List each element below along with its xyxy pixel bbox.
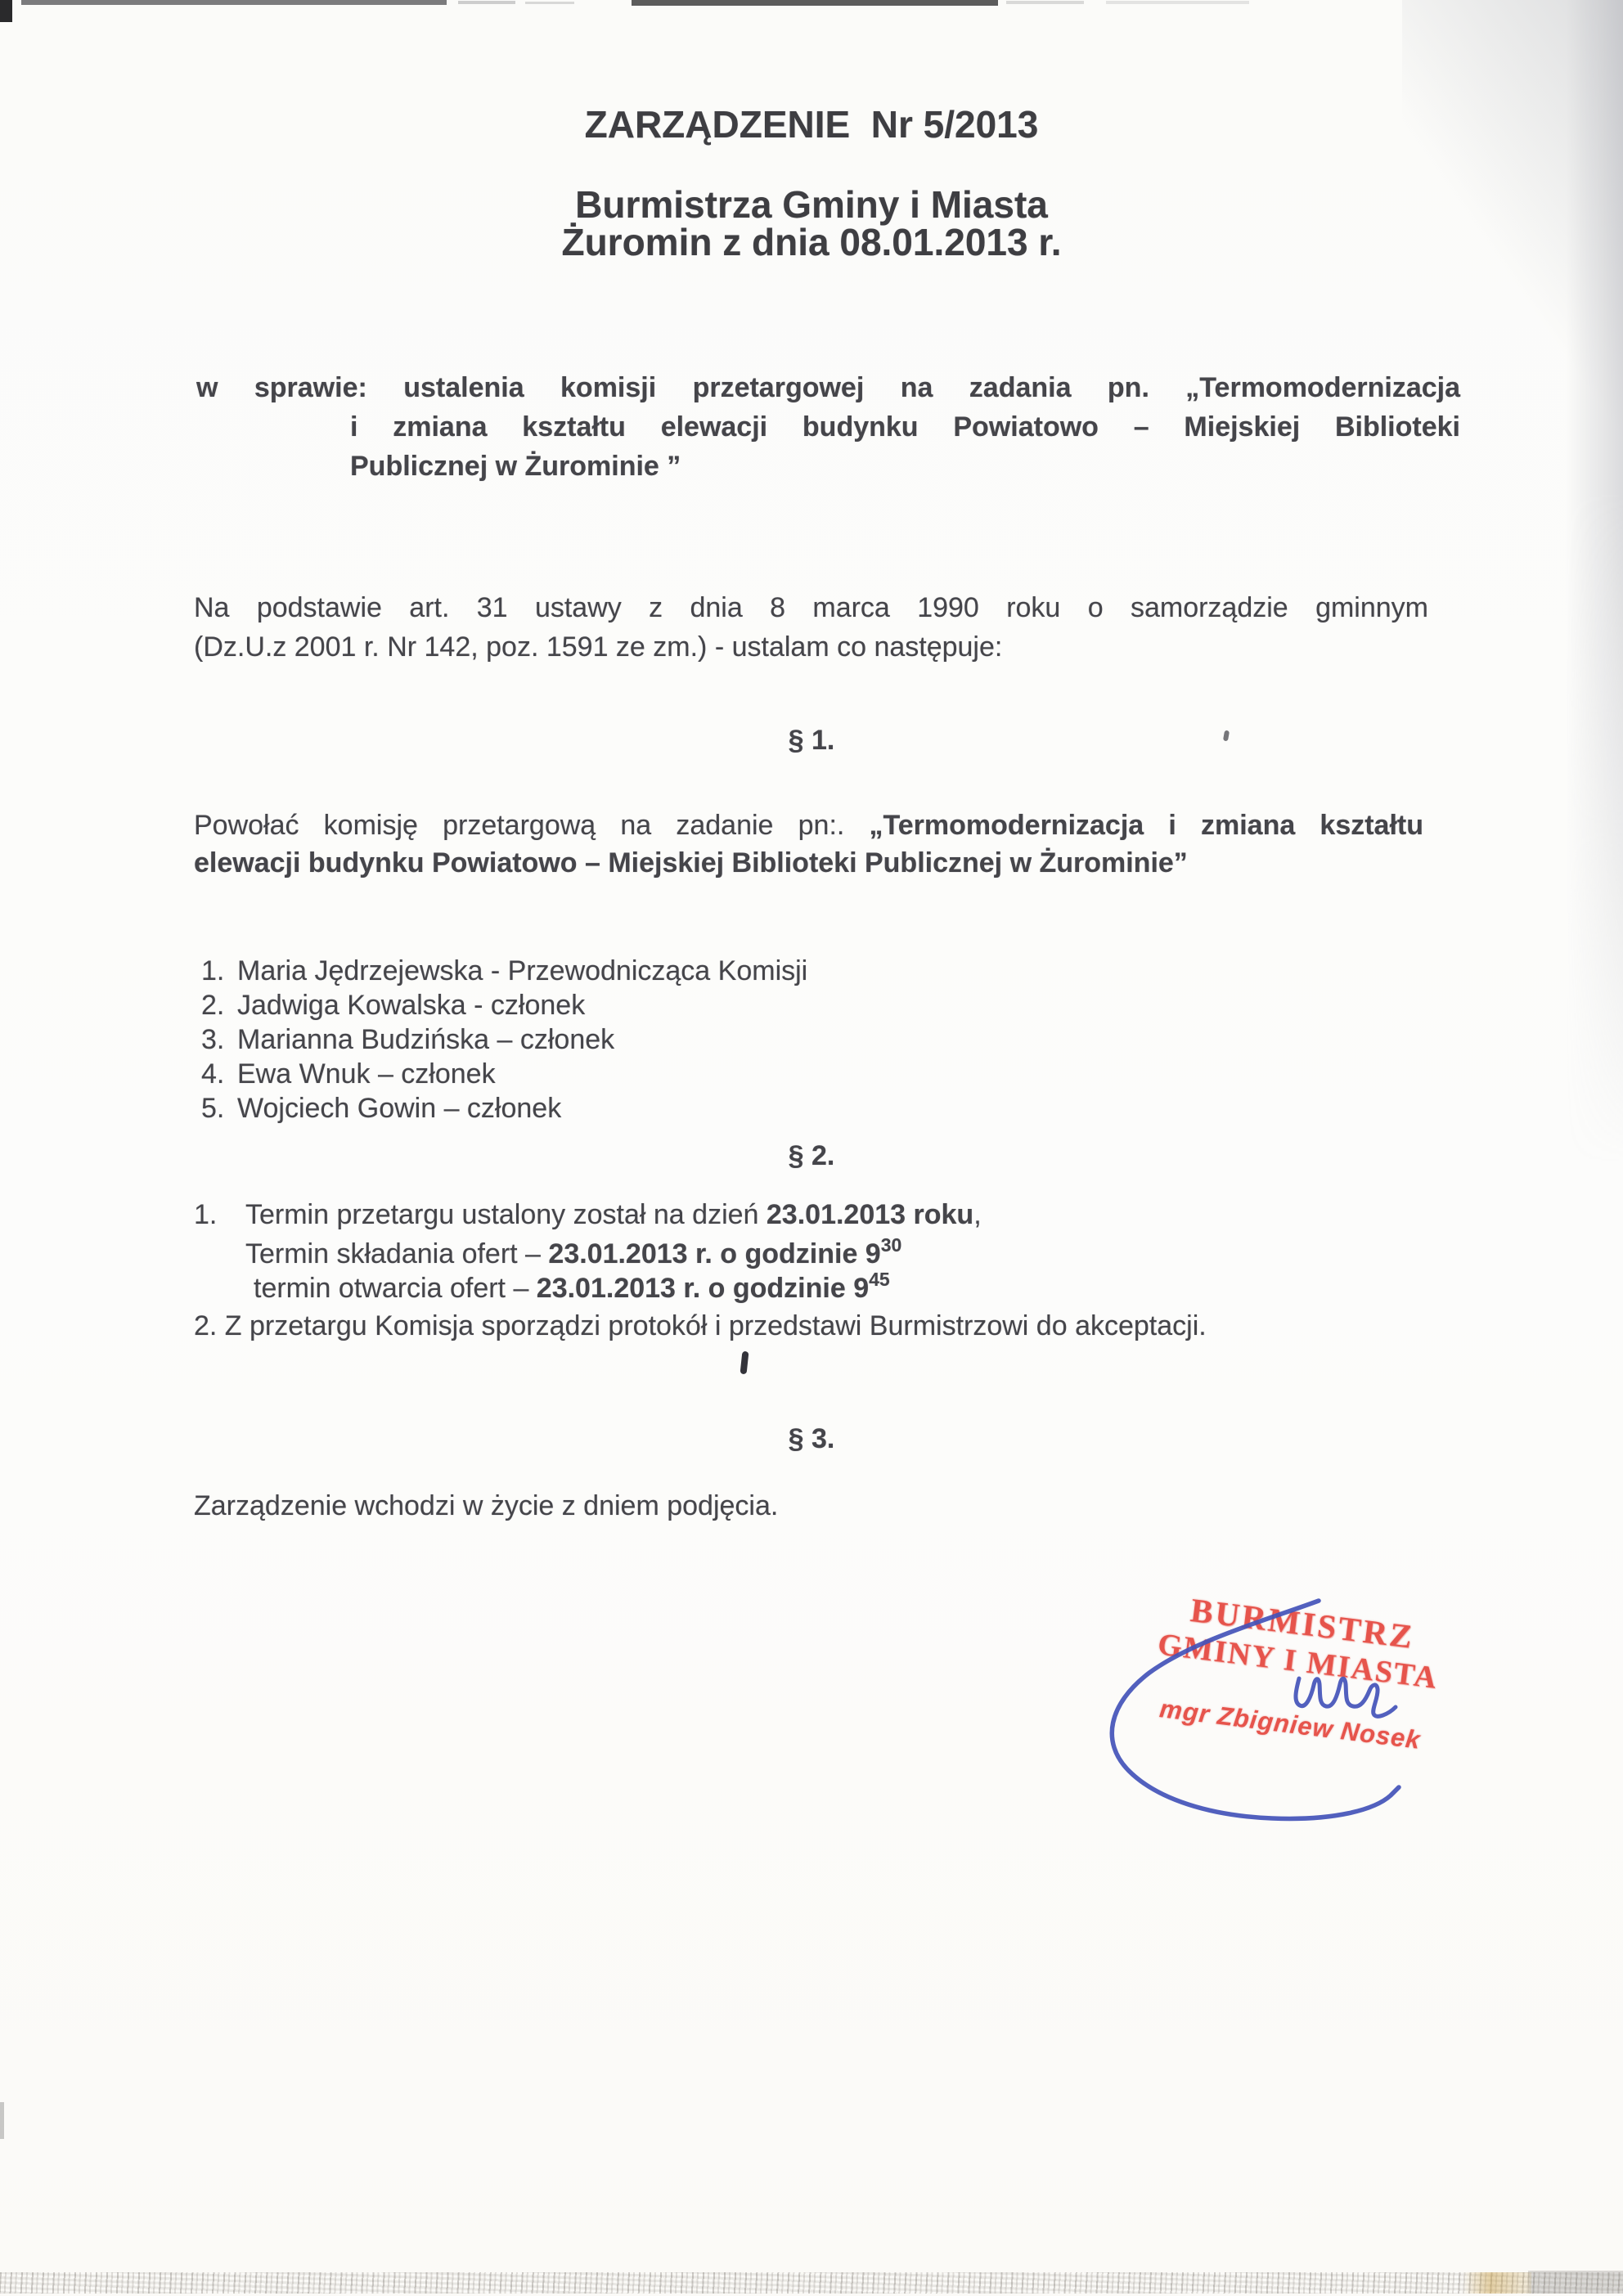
scan-artifact-topbar [525, 2, 574, 4]
signature-stroke [1063, 1550, 1489, 1877]
list-item-number: 1. [194, 1197, 245, 1232]
section2-item1-normal: Termin przetargu ustalony został na dzie… [245, 1199, 767, 1230]
list-item: 4.Ewa Wnuk – członek [201, 1057, 496, 1091]
ink-blot [740, 1351, 749, 1375]
subject-line: Publicznej w Żurominie ” [350, 449, 681, 483]
list-item: 3.Marianna Budzińska – członek [201, 1022, 614, 1057]
subject-line: i zmiana kształtu elewacji budynku Powia… [350, 410, 1460, 444]
section1-heading: § 1. [0, 723, 1623, 757]
scan-artifact-left-dash [0, 2102, 4, 2139]
section1-intro-normal: Powołać komisję przetargową na zadanie p… [194, 810, 870, 841]
list-item-text: Wojciech Gowin – członek [237, 1093, 561, 1124]
scanned-document-page: ZARZĄDZENIE Nr 5/2013 Burmistrza Gminy i… [0, 0, 1623, 2296]
deadline-superscript: 30 [881, 1234, 902, 1256]
scan-artifact-corner [0, 0, 12, 22]
list-item-text: Marianna Budzińska – członek [237, 1024, 614, 1055]
list-item-number: 4. [201, 1057, 237, 1091]
document-title-issuer: Burmistrza Gminy i Miasta [0, 183, 1623, 226]
opening-superscript: 45 [869, 1269, 890, 1290]
section1-intro-line2: elewacji budynku Powiatowo – Miejskiej B… [194, 846, 1188, 880]
section2-heading: § 2. [0, 1139, 1623, 1173]
scan-artifact-bottom-noise [1528, 2271, 1623, 2294]
deadline-bold: 23.01.2013 r. o godzinie 9 [548, 1238, 880, 1269]
list-item: 2.Jadwiga Kowalska - członek [201, 988, 585, 1022]
section2-item1: 1.Termin przetargu ustalony został na dz… [194, 1197, 982, 1232]
scan-artifact-topbar [632, 0, 998, 6]
opening-normal: termin otwarcia ofert – [254, 1273, 537, 1304]
section2-item2: 2. Z przetargu Komisja sporządzi protokó… [194, 1309, 1207, 1343]
legal-basis-line: Na podstawie art. 31 ustawy z dnia 8 mar… [194, 591, 1428, 625]
list-item-text: Ewa Wnuk – członek [237, 1058, 496, 1090]
list-item-number: 5. [201, 1091, 237, 1126]
scan-artifact-bottom-noise [1463, 2272, 1531, 2294]
section3-text: Zarządzenie wchodzi w życie z dniem podj… [194, 1489, 778, 1523]
document-title: ZARZĄDZENIE Nr 5/2013 [0, 103, 1623, 146]
scan-artifact-bottom-noise [0, 2272, 1623, 2294]
section2-deadline-line: Termin składania ofert – 23.01.2013 r. o… [245, 1237, 901, 1274]
list-item: 1.Maria Jędrzejewska - Przewodnicząca Ko… [201, 954, 807, 988]
scan-artifact-topbar [1106, 1, 1249, 4]
list-item-number: 2. [201, 988, 237, 1022]
scan-artifact-topbar [458, 1, 515, 4]
scan-artifact-topbar [21, 0, 447, 5]
section2-opening-line: termin otwarcia ofert – 23.01.2013 r. o … [254, 1271, 890, 1308]
section3-heading: § 3. [0, 1422, 1623, 1456]
section1-intro: Powołać komisję przetargową na zadanie p… [194, 808, 1423, 842]
section2-item1-bold: 23.01.2013 roku [767, 1199, 973, 1230]
section2-item1-tail: , [973, 1199, 981, 1230]
list-item-number: 3. [201, 1022, 237, 1057]
document-title-date: Żuromin z dnia 08.01.2013 r. [0, 221, 1623, 263]
scan-artifact-topbar [1006, 1, 1084, 4]
list-item-number: 1. [201, 954, 237, 988]
opening-bold: 23.01.2013 r. o godzinie 9 [537, 1273, 869, 1304]
subject-line: w sprawie: ustalenia komisji przetargowe… [196, 371, 1460, 405]
deadline-normal: Termin składania ofert – [245, 1238, 548, 1269]
list-item: 5.Wojciech Gowin – członek [201, 1091, 561, 1126]
legal-basis-line: (Dz.U.z 2001 r. Nr 142, poz. 1591 ze zm.… [194, 630, 1002, 664]
list-item-text: Maria Jędrzejewska - Przewodnicząca Komi… [237, 955, 807, 986]
section1-intro-bold: „Termomodernizacja i zmiana kształtu [870, 810, 1424, 841]
list-item-text: Jadwiga Kowalska - członek [237, 990, 585, 1021]
